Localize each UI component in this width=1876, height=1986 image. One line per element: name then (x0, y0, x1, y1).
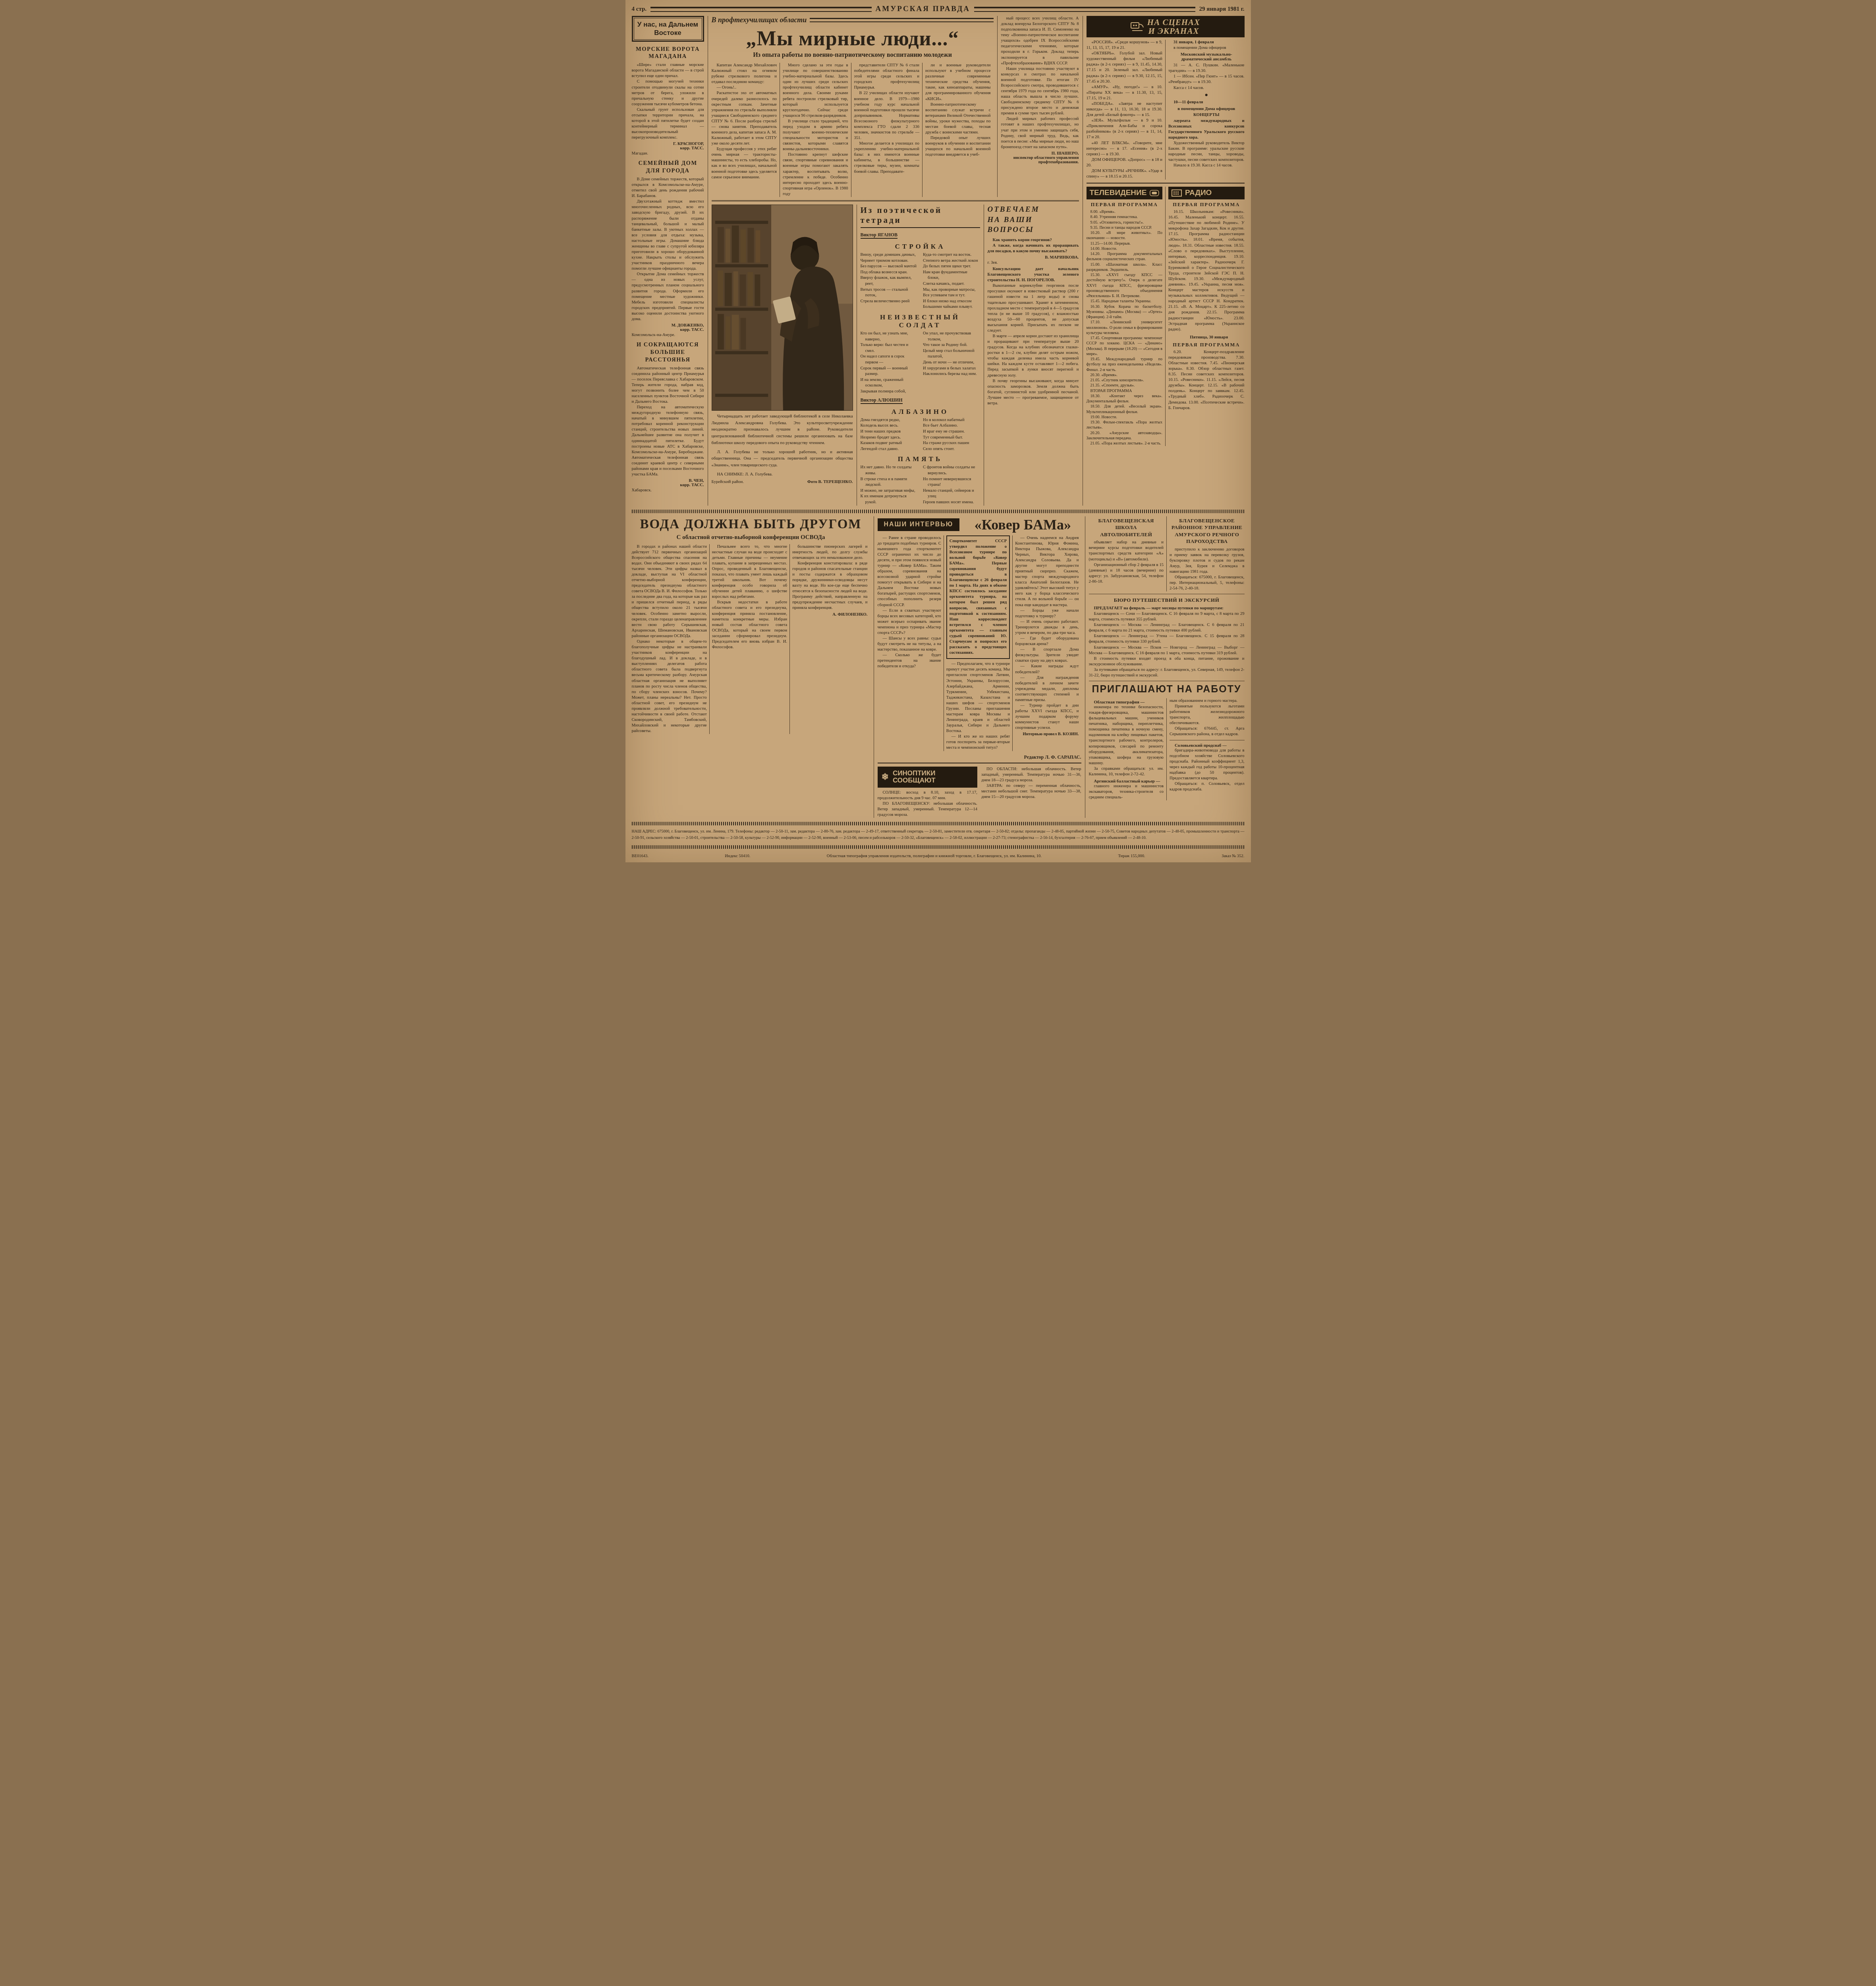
tv-item: 18.50. Для детей. «Веселый экран». Мульт… (1087, 404, 1163, 415)
article-title: СЕМЕЙНЫЙ ДОМ ДЛЯ ГОРОДА (632, 160, 704, 175)
poem-line: И можно, не затрагивая мифы, (861, 488, 918, 494)
poem-line: Без парусов — высокой мачтой (861, 264, 918, 270)
imprint-printer: Областная типография управления издатель… (827, 854, 1042, 858)
osvod-article: ВОДА ДОЛЖНА БЫТЬ ДРУГОМ С областной отче… (632, 516, 874, 818)
photo-credit: Фото В. ТЕРЕЩЕНКО. (807, 479, 853, 484)
tv-item: 11.25—14.00. Перерыв. (1087, 241, 1163, 246)
cinema-listings: «РОССИЯ». «Среди коршунов» — в 9, 11, 13… (1087, 40, 1166, 180)
photo-credit-row: Бурейский район. Фото В. ТЕРЕЩЕНКО. (712, 479, 853, 484)
osvod-col3-body: большинстве пионерских лагерей и инертно… (792, 544, 867, 611)
cinema-listing: «ЗЕЯ». Мультфильм — в 9 и 10. «Приключен… (1087, 118, 1163, 140)
masthead: АМУРСКАЯ ПРАВДА (876, 5, 971, 14)
tv-radio-band: ТЕЛЕВИДЕНИЕ ПЕРВАЯ ПРОГРАММА 8.00. «Врем… (1087, 183, 1245, 446)
footer-address: НАШ АДРЕС: 675000, г. Благовещенск, ул. … (632, 829, 1245, 841)
poetry-section: Из поэтической тетради Виктор ЯГАНОВ СТР… (857, 205, 984, 506)
radio-program-title: ПЕРВАЯ ПРОГРАММА (1168, 202, 1245, 208)
concert-dates: 10—11 февраля (1168, 100, 1245, 105)
article-paragraph: Раскатистое эхо от автоматных очередей д… (712, 91, 777, 147)
cinema-listing: ДОМ КУЛЬТУРЫ «РЕЧНИК». «Удар в спину» — … (1087, 168, 1163, 180)
byline: Г. КРАСНОГОР, (632, 142, 704, 146)
bottom-grid: ВОДА ДОЛЖНА БЫТЬ ДРУГОМ С областной отче… (632, 516, 1245, 818)
header-rule-left (650, 7, 871, 12)
jobs-vacancies: инженера по технике безопасности, токаря… (1089, 705, 1164, 766)
jobs-benefits: Принятые пользуются льготами работников … (1170, 704, 1245, 726)
poem-line: Под облака вознесся кран. (861, 270, 918, 276)
interview-header: НАШИ ИНТЕРВЬЮ «Ковер БАМа» (878, 516, 1081, 533)
cinema-listing: «РОССИЯ». «Среди коршунов» — в 9, 11, 13… (1087, 40, 1163, 51)
photo-feature: Четырнадцать лет работает заведующей биб… (712, 205, 853, 506)
tv-item: 8.00. «Время». (1087, 209, 1163, 214)
poem-line: Большими чайками плывут. (923, 304, 980, 310)
tv-item: 17.45. Спортивная программа: чемпионат С… (1087, 336, 1163, 357)
tv-items: 8.00. «Время».8.40. Утренняя гимнастика.… (1087, 209, 1163, 446)
tv-banner: ТЕЛЕВИДЕНИЕ (1087, 187, 1163, 199)
poem-col-left: Внизу, среди домишек дачных,Чернеет трюм… (861, 252, 918, 310)
main-article-col5-body: ный процесс всех училищ области. А докла… (1001, 16, 1079, 150)
poem-line: Но помнит невернувшихся страна! (923, 477, 980, 488)
ad-river-shipping: БЛАГОВЕЩЕНСКОЕ РАЙОННОЕ УПРАВЛЕНИЕ АМУРС… (1167, 516, 1245, 592)
poem-title: АЛБАЗИНО (861, 408, 980, 416)
ad-driving-school: БЛАГОВЕЩЕНСКАЯ ШКОЛА АВТОЛЮБИТЕЛЕЙ объяв… (1089, 516, 1167, 592)
concert-venue: в помещении Дома офицеров (1168, 106, 1245, 111)
ad-travel-bureau: БЮРО ПУТЕШЕСТВИЙ И ЭКСКУРСИЙ ПРЕДЛАГАЕТ … (1089, 597, 1245, 681)
main-article-col-4: ли и военные руководители используют в у… (922, 63, 994, 197)
jobs-section: ПРИГЛАШАЮТ НА РАБОТУ Областная типографи… (1089, 684, 1245, 800)
kicker-rule (810, 18, 993, 22)
jobs-employer: Аргинский балластный карьер — (1089, 779, 1164, 784)
main-article: В профтехучилищах области „Мы мирные люд… (712, 16, 1079, 201)
kicker-row: В профтехучилищах области (712, 16, 994, 24)
address-line-1: НАШ АДРЕС: 675000, г. Благовещенск, ул. … (632, 829, 1024, 834)
photo-on-snimke: НА СНИМКЕ: Л. А. Голубева. (712, 471, 853, 478)
article-body: Автоматическая телефонная связь соединил… (632, 366, 704, 478)
dateline: Магадан. (632, 151, 704, 156)
tv-item: 14.20. Программа документальных фильмов … (1087, 251, 1163, 262)
rail-article-magadan: МОРСКИЕ ВОРОТА МАГАДАНА «Шире» стали гла… (632, 46, 704, 156)
interview-headline: «Ковер БАМа» (964, 516, 1081, 533)
imprint-index: Индекс 50410. (725, 854, 750, 858)
osvod-paragraph: В городах и районах нашей области действ… (632, 544, 707, 639)
poem-title: ПАМЯТЬ (861, 455, 980, 463)
qa-question: А также, когда начинать их проращивать д… (988, 243, 1079, 254)
cinema-banner: НА СЦЕНАХ И ЭКРАНАХ (1087, 16, 1245, 37)
poem-title: СТРОЙКА (861, 243, 980, 251)
concert-word: КОНЦЕРТЫ (1168, 112, 1245, 117)
interview-paragraph: — Очень надеемся на Андрея Константинова… (1015, 535, 1079, 608)
tv-program-title: ПЕРВАЯ ПРОГРАММА (1087, 202, 1163, 208)
article-paragraph: Много сделано за эти годы в училище по с… (783, 63, 848, 119)
poem-columns: Внизу, среди домишек дачных,Чернеет трюм… (861, 252, 980, 310)
article-paragraph: Скальный грунт использован для отсыпки т… (632, 107, 704, 141)
cinema-listing: «ПОБЕДА». «Завтра не наступит никогда» —… (1087, 101, 1163, 118)
tv-item: 19.00. Новости. (1087, 415, 1163, 420)
travel-route: Благовещенск — Сочи — Благовещенск. С 16… (1089, 611, 1245, 622)
article-body: «Шире» стали главные морские ворота Мага… (632, 62, 704, 141)
dateline: Комсомольск-на-Амуре. (632, 333, 704, 337)
theatre-box-office: Касса с 14 часов. (1168, 85, 1245, 91)
poem-line: И враг ему не страшен. (923, 429, 980, 435)
ad-paragraph: В стоимость путевки входят проезд в оба … (1089, 656, 1245, 667)
jobs-vacancies: бригадира-животновода для работы в подсо… (1170, 748, 1245, 781)
tv-item: 21.35. «Споемте, друзья». (1087, 383, 1163, 388)
ad-title: БЮРО ПУТЕШЕСТВИЙ И ЭКСКУРСИЙ (1089, 597, 1245, 604)
imprint-zakaz: Заказ № 352. (1222, 854, 1244, 858)
interview-paragraph: — Борцы уже начали подготовку к турниру? (1015, 608, 1079, 619)
main-article-col-1: Капитан Александр Михайлович Калюжный ст… (712, 63, 780, 197)
osvod-headline: ВОДА ДОЛЖНА БЫТЬ ДРУГОМ (632, 517, 870, 532)
theatre-column: 31 января, 1 февраля в помещении Дома оф… (1166, 40, 1245, 180)
radio-speaker-icon (1172, 189, 1182, 197)
tv-item: 21.05. «Спутник кинозрителя». (1087, 378, 1163, 383)
rail-box-title: У нас, на Дальнем Востоке (632, 16, 704, 42)
theatre-show: 1 — Ибсен. «Пер Гюнт» — в 15 часов. «Рем… (1168, 74, 1245, 85)
center-zone: В профтехучилищах области „Мы мирные люд… (708, 16, 1083, 506)
ad-paragraph: Организационный сбор 2 февраля в 15 (дне… (1089, 562, 1164, 585)
article-paragraph: Двухэтажный коттедж вместил многочисленн… (632, 199, 704, 272)
article-body: В Доме семейных торжеств, который открыл… (632, 177, 704, 322)
ads-top-row: БЛАГОВЕЩЕНСКАЯ ШКОЛА АВТОЛЮБИТЕЛЕЙ объяв… (1089, 516, 1245, 595)
section-divider (632, 510, 1245, 513)
main-article-col-2: Много сделано за эти годы в училище по с… (780, 63, 851, 197)
interview-paragraph: — Сколько же будет претендентов на звани… (878, 653, 941, 669)
poem-line: И хирургами в белых халатах (923, 366, 980, 372)
qa-title: ОТВЕЧАЕМ НА ВАШИ ВОПРОСЫ (988, 205, 1079, 235)
ad-intro: ПРЕДЛАГАЕТ на февраль — март месяцы путе… (1089, 606, 1245, 611)
photo-dateline: Бурейский район. (712, 479, 744, 484)
article-title: МОРСКИЕ ВОРОТА МАГАДАНА (632, 46, 704, 61)
poem-line: Внизу, среди домишек дачных, (861, 252, 918, 258)
main-article-col-3: представители СПТУ № 6 стали победителям… (851, 63, 923, 197)
qa-consultant-intro: Консультацию дает начальник Благовещенск… (988, 267, 1079, 283)
tv-item: 18.30. «Контакт через века». Документаль… (1087, 394, 1163, 404)
article-paragraph: Людей мирных рабочих профессий готовят в… (1001, 116, 1079, 150)
qa-answer-paragraph: В марте — апреле корни достают из хранил… (988, 334, 1079, 379)
weather-right: ПО ОБЛАСТИ: небольшая облачность. Ветер … (981, 767, 1081, 818)
tv-item: 20.20. «Амурские автозаводцы». Заключите… (1087, 431, 1163, 441)
cinema-listing: «ОКТЯБРЬ». Голубой зал. Новый художестве… (1087, 51, 1163, 84)
ad-title: БЛАГОВЕЩЕНСКОЕ РАЙОННОЕ УПРАВЛЕНИЕ АМУРС… (1170, 517, 1245, 545)
interview-paragraph: — Ранее в стране проводилось до тридцати… (878, 535, 941, 608)
jobs-headline: ПРИГЛАШАЮТ НА РАБОТУ (1089, 684, 1245, 695)
poem-line: На страже русских пашен (923, 440, 980, 446)
osvod-byline: А. ФИЛОНЕНКО. (792, 612, 867, 617)
poem-line: Чернеет трюмом котлован. (861, 258, 918, 264)
photo-caption-more: Л. А. Голубева не только хороший работни… (712, 449, 853, 469)
poem-columns: Их нет давно. Но те солдаты живы.В строк… (861, 465, 980, 505)
page-header: 4 стр. АМУРСКАЯ ПРАВДА 29 января 1981 г. (632, 4, 1245, 16)
interview-paragraph: — Где будет оборудована борцовская арена… (1015, 636, 1079, 647)
interview-paragraph: — Какие награды ждут победителей? (1015, 664, 1079, 675)
poem-line: К их именам дотронуться рукой. (861, 494, 918, 505)
jobs-employer: Соловьевский продснаб — (1170, 743, 1245, 748)
interview-col-1: — Ранее в стране проводилось до тридцати… (878, 535, 944, 751)
interview-paragraph: — Турнир пройдет в дни работы XXVI съезд… (1015, 703, 1079, 731)
tv-item: 19.45. Международный турнир по футболу н… (1087, 357, 1163, 373)
travel-route: Благовещенск — Ленинград — Утена — Благо… (1089, 634, 1245, 645)
radio-banner: РАДИО (1168, 187, 1245, 199)
byline: М. ДОВЖЕНКО, (632, 323, 704, 328)
article-paragraph: В 22 училищах области изучают военное де… (854, 91, 920, 141)
poem-line: Только верю: был честен и смел. (861, 342, 918, 354)
photo-illustration (712, 205, 853, 410)
poem-line: Степного ветра жесткий локон (923, 258, 980, 264)
theatre-company: Московский музыкально-драматический анса… (1168, 52, 1245, 62)
ads-column: БЛАГОВЕЩЕНСКАЯ ШКОЛА АВТОЛЮБИТЕЛЕЙ объяв… (1085, 516, 1245, 818)
article-paragraph: Многое делается в училищах по укреплению… (854, 141, 920, 174)
tv-item: 15.00. «Шахматная школа». Класс разрядни… (1087, 262, 1163, 273)
theater-masks-icon (1131, 22, 1144, 31)
poem-line: Казаков подвиг ратный (861, 440, 918, 446)
ad-title: БЛАГОВЕЩЕНСКАЯ ШКОЛА АВТОЛЮБИТЕЛЕЙ (1089, 517, 1164, 538)
poem-line: Но в колокол набатный (923, 417, 980, 423)
radio-program-title-2: ПЕРВАЯ ПРОГРАММА (1168, 342, 1245, 348)
tv-item: 21.05. «Пора желтых листьев». 2-я часть. (1087, 441, 1163, 446)
osvod-paragraph: Однако некоторые в общем-то благополучны… (632, 639, 707, 734)
radio-listing: 16.15. Школьникам: «Ровесники». 16.45. М… (1168, 209, 1245, 332)
poem-line: Он надел сапоги в сорок первом — (861, 354, 918, 365)
poem-line: С фронтов войны солдаты не вернулись. (923, 465, 980, 476)
radio-listing: 6.20. Концерт-поздравление передовикам п… (1168, 350, 1245, 411)
poem-col-right: С фронтов войны солдаты не вернулись.Но … (923, 465, 980, 505)
poem-line: Село опять стоит. (923, 446, 980, 452)
theatre-venue: в помещении Дома офицеров (1168, 45, 1245, 51)
interview-col-3: — Очень надеемся на Андрея Константинова… (1012, 535, 1081, 751)
qa-answer-paragraph: Выкопанные корнеклубни георгинов после п… (988, 283, 1079, 334)
ad-paragraph: объявляет набор на дневные и вечерние ку… (1089, 540, 1164, 562)
tv-item: 14.00. Новости. (1087, 246, 1163, 251)
jobs-employer: Областная типография — (1089, 700, 1164, 705)
poem-line: Что такое за Родину бой. (923, 342, 980, 348)
poem-line: Наклонились березы над ним. (923, 371, 980, 377)
page-number: 4 стр. (632, 6, 647, 13)
osvod-paragraph: Печальнее всего то, что многие несчастны… (712, 544, 787, 600)
interview-paragraph: — И кто же из наших ребят готов поспорит… (946, 734, 1010, 751)
poem-columns: Кто он был, не узнать мне, наверно,Тольк… (861, 331, 980, 395)
poem-line: Незримо бродят здесь. (861, 435, 918, 441)
byline-org: инспектор областного управления профтехо… (1001, 156, 1079, 164)
interview-lede: Спорткомитет СССР утвердил положение о В… (946, 535, 1010, 659)
jobs-contact: Обращаться: п. Соловьевск, отдел кадров … (1170, 781, 1245, 792)
theatre-dates: 31 января, 1 февраля (1168, 40, 1245, 45)
rail-article-distances: И СОКРАЩАЮТСЯ БОЛЬШИЕ РАССТОЯНЬЯ Автомат… (632, 341, 704, 493)
travel-route: Благовещенск — Москва — Псков — Новгород… (1089, 645, 1245, 656)
article-paragraph: Капитан Александр Михайлович Калюжный ст… (712, 63, 777, 85)
tv-item: 9.05. «Отзовитесь, горнисты!». (1087, 220, 1163, 225)
tv-item: 10.20. «В мире животных». По окончании —… (1087, 230, 1163, 241)
osvod-col-1: В городах и районах нашей области действ… (632, 544, 709, 734)
poem-line: Мы, как проворные матросы, (923, 287, 980, 293)
travel-route: Благовещенск — Москва — Ленинград — Благ… (1089, 622, 1245, 634)
article-paragraph: В Доме семейных торжеств, который открыл… (632, 177, 704, 199)
tv-item: 19.30. Фильм-спектакль «Пора желтых лист… (1087, 420, 1163, 431)
middle-band: Четырнадцать лет работает заведующей биб… (712, 205, 1079, 506)
poem-col-left: Дома гнездятся редко,Колодезь высох весь… (861, 417, 918, 452)
article-paragraph: В училище стало традицией, что перед ухо… (783, 119, 848, 152)
rail-article-family-house: СЕМЕЙНЫЙ ДОМ ДЛЯ ГОРОДА В Доме семейных … (632, 160, 704, 337)
left-rail: У нас, на Дальнем Востоке МОРСКИЕ ВОРОТА… (632, 16, 708, 506)
poem-line: Слегка качаясь, подает. (923, 281, 980, 287)
tv-item: 8.40. Утренняя гимнастика. (1087, 214, 1163, 220)
tv-item: 9.35. Песни и танцы народов СССР. (1087, 225, 1163, 230)
interview-columns: — Ранее в стране проводилось до тридцати… (878, 535, 1081, 751)
article-paragraph: Открытие Дома семейных торжеств — одна и… (632, 272, 704, 322)
poem-line: Сорок первый — военный размер. (861, 366, 918, 377)
poem-line: Куда-то смотрит на восток. (923, 252, 980, 258)
main-headline: „Мы мирные люди...“ (712, 28, 994, 49)
cinema-banner-label: НА СЦЕНАХ И ЭКРАНАХ (1147, 18, 1200, 35)
cinema-listing: «АМУР». «Ну, погоди!» — в 10. «Пираты XX… (1087, 85, 1163, 101)
poem-line: До белых пятен щеки трет. (923, 264, 980, 270)
poem-line: И тени наших предков (861, 429, 918, 435)
jobs-divider (1170, 740, 1245, 741)
poem-line: Все бьет Албазино. (923, 423, 980, 429)
radio-column: РАДИО ПЕРВАЯ ПРОГРАММА 16.15. Школьникам… (1166, 187, 1245, 446)
poem-line: Стрела величественно реей (861, 299, 918, 305)
poem-line: Он упал, не прочувствовав толком, (923, 331, 980, 342)
ad-paragraph: За путевками обращаться по адресу: г. Бл… (1089, 667, 1245, 678)
weather-section: ❄ СИНОПТИКИ СООБЩАЮТ СОЛНЦЕ: восход в 8.… (878, 763, 1081, 818)
poem-title: НЕИЗВЕСТНЫЙ СОЛДАТ (861, 313, 980, 329)
qa-asker: В. МАРИНКОВА. (988, 255, 1079, 260)
main-subhead: Из опыта работы по военно-патриотическом… (712, 52, 994, 59)
jobs-vacancies: главного инженера и машинистов экскавато… (1089, 784, 1164, 800)
photo-captions: Четырнадцать лет работает заведующей биб… (712, 413, 853, 484)
article-paragraph: — Огонь!.. (712, 85, 777, 91)
imprint-code: ВЕ01643. (632, 854, 648, 858)
poem-line: Их нет давно. Но те солдаты живы. (861, 465, 918, 476)
jobs-contact: Обращаться: 676445, ст. Арга Серышевског… (1170, 726, 1245, 737)
article-paragraph: С помощью могучей техники строители отод… (632, 79, 704, 107)
right-rail: НА СЦЕНАХ И ЭКРАНАХ «РОССИЯ». «Среди кор… (1083, 16, 1245, 506)
poem-line: В строке стиха и в памяти людской. (861, 477, 918, 488)
article-paragraph: Переход на автоматическую междугородную … (632, 405, 704, 477)
osvod-subhead: С областной отчетно-выборной конференции… (632, 534, 870, 541)
poem-line: День от ночи — не отличим, (923, 360, 980, 366)
interview-col2-body: — Предполагаем, что в турнире примут уча… (946, 661, 1010, 751)
separator-dot: ● (1168, 93, 1245, 98)
weather-banner: ❄ СИНОПТИКИ СООБЩАЮТ (878, 767, 978, 788)
interview-col3-body: — Очень надеемся на Андрея Константинова… (1015, 535, 1079, 731)
dateline: Хабаровск. (632, 488, 704, 493)
article-paragraph: Военно-патриотическому воспитанию служат… (925, 102, 991, 135)
photo-golubeva (712, 205, 853, 411)
osvod-columns: В городах и районах нашей области действ… (632, 544, 870, 734)
interview-weather-column: НАШИ ИНТЕРВЬЮ «Ковер БАМа» — Ранее в стр… (874, 516, 1085, 818)
cinema-listing: ДОМ ОФИЦЕРОВ. «Допрос» — в 18 и 20. (1087, 157, 1163, 168)
osvod-paragraph: большинстве пионерских лагерей и инертно… (792, 544, 867, 561)
page-footer: НАШ АДРЕС: 675000, г. Благовещенск, ул. … (632, 822, 1245, 858)
jobs-columns: Областная типография — инженера по техни… (1089, 698, 1245, 800)
radio-day2: Пятница, 30 января (1168, 335, 1245, 340)
imprint-tirazh: Тираж 155,000. (1118, 854, 1145, 858)
article-paragraph: Постоянно крепнут шефские связи, спортив… (783, 152, 848, 197)
article-paragraph: Передовой опыт лучших военруков в обучен… (925, 135, 991, 158)
main-article-columns: Капитан Александр Михайлович Калюжный ст… (712, 63, 994, 197)
tv-item: 15.45. Народные таланты Украины. (1087, 299, 1163, 304)
poem-columns: Дома гнездятся редко,Колодезь высох весь… (861, 417, 980, 452)
poem-line: Дома гнездятся редко, (861, 417, 918, 423)
poem-col-left: Кто он был, не узнать мне, наверно,Тольк… (861, 331, 918, 395)
weather-sun: СОЛНЦЕ: восход в 8.10, заход в 17.17, пр… (878, 790, 978, 801)
radio-banner-label: РАДИО (1185, 189, 1212, 197)
osvod-paragraph: Конференция констатировала: в ряде город… (792, 561, 867, 611)
poetry-section-title: Из поэтической тетради (861, 205, 980, 228)
article-paragraph: Автоматическая телефонная связь соединил… (632, 366, 704, 405)
poet-name: Виктор АЛЮШИН (861, 397, 903, 404)
poet-name: Виктор ЯГАНОВ (861, 232, 898, 239)
ad-paragraph: Обращаться: 675000, г. Благовещенск, пер… (1170, 575, 1245, 591)
article-paragraph: представители СПТУ № 6 стали победителям… (854, 63, 920, 91)
poem-line: Вверху флажок, как вымпел, реет, (861, 275, 918, 287)
osvod-paragraph: Вскрыв недостатки в работе областного со… (712, 600, 787, 650)
poem-line: Немало станций, сейнеров и улиц (923, 488, 980, 500)
weather-region: ПО ОБЛАСТИ: небольшая облачность. Ветер … (981, 767, 1081, 783)
interview-paragraph: — Шансы у всех равны: судьи будут смотре… (878, 636, 941, 653)
theatre-show: 31 — А. С. Пушкин. «Маленькие трагедии» … (1168, 63, 1245, 74)
issue-date: 29 января 1981 г. (1199, 6, 1245, 13)
tv-item: ВТОРАЯ ПРОГРАММА (1087, 388, 1163, 394)
concert-desc: лауреата международных и Всесоюзных конк… (1168, 118, 1245, 141)
snowflake-icon: ❄ (882, 772, 889, 782)
article-paragraph: Наши училища постоянно участвуют в конку… (1001, 66, 1079, 117)
byline-org: корр. ТАСС. (632, 146, 704, 151)
poem-col-right: Куда-то смотрит на восток.Степного ветра… (923, 252, 980, 310)
poem-line: Целый мир стал больничной палатой, (923, 348, 980, 360)
cinema-columns: «РОССИЯ». «Среди коршунов» — в 9, 11, 13… (1087, 40, 1245, 180)
newspaper-page: 4 стр. АМУРСКАЯ ПРАВДА 29 января 1981 г.… (625, 0, 1251, 862)
article-paragraph: «Шире» стали главные морские ворота Мага… (632, 62, 704, 79)
poem-line: Тут современный быт. (923, 435, 980, 441)
interview-paragraph: — И очень серьезно работают. Тренируются… (1015, 619, 1079, 636)
article-paragraph: Будущая профессия у этих ребят очень мир… (712, 147, 777, 180)
top-grid: У нас, на Дальнем Востоке МОРСКИЕ ВОРОТА… (632, 16, 1245, 506)
tv-icon (1150, 189, 1159, 197)
poem-line: И на землю, сраженный осколком, (861, 377, 918, 389)
weather-left: ❄ СИНОПТИКИ СООБЩАЮТ СОЛНЦЕ: восход в 8.… (878, 767, 978, 818)
byline: В. ЧЕН, (632, 479, 704, 483)
footer-rule-top (632, 822, 1245, 825)
qa-answer-paragraph: В почву георгины высаживают, когда минуе… (988, 379, 1079, 406)
tv-banner-label: ТЕЛЕВИДЕНИЕ (1090, 189, 1147, 197)
qa-question: Как хранить корни георгинов? (988, 238, 1079, 243)
poem-line: Закрывая полмира собой, (861, 389, 918, 395)
jobs-col-1: Областная типография — инженера по техни… (1089, 698, 1167, 800)
article-paragraph: ный процесс всех училищ области. А докла… (1001, 16, 1079, 66)
interview-paragraph: — Для награждения победителей в личном з… (1015, 675, 1079, 703)
osvod-col-2: Печальнее всего то, что многие несчастны… (709, 544, 789, 734)
interview-paragraph: — В спортзале Дома физкультуры. Зрители … (1015, 647, 1079, 664)
poem-line: Героев павших носят имена. (923, 500, 980, 506)
poem-line: Витых тросов — стальной поток, (861, 287, 918, 299)
main-article-left: В профтехучилищах области „Мы мирные люд… (712, 16, 997, 197)
travel-routes: Благовещенск — Сочи — Благовещенск. С 16… (1089, 611, 1245, 656)
footer-imprint: ВЕ01643. Индекс 50410. Областная типогра… (632, 852, 1245, 858)
qa-answer: Выкопанные корнеклубни георгинов после п… (988, 283, 1079, 406)
interview-col-2: Спорткомитет СССР утвердил положение о В… (944, 535, 1012, 751)
poem-line: Нам кран фундаментные блоки, (923, 270, 980, 281)
article-title: И СОКРАЩАЮТСЯ БОЛЬШИЕ РАССТОЯНЬЯ (632, 341, 704, 364)
cinema-section: НА СЦЕНАХ И ЭКРАНАХ «РОССИЯ». «Среди кор… (1087, 16, 1245, 180)
interview-byline: Интервью провел В. КОЗИН. (1015, 732, 1079, 736)
photo-caption-lead: Четырнадцать лет работает заведующей биб… (712, 413, 853, 446)
concert-desc2: Художественный руководитель Виктор Бакин… (1168, 141, 1245, 163)
byline-org: корр. ТАСС. (632, 328, 704, 332)
tv-item: 16.30. Кубок Корача по баскетболу. Мужчи… (1087, 304, 1163, 320)
editor-line: Редактор Л. Ф. САРАПАС. (878, 754, 1081, 760)
byline: П. ШАШЕРО, (1001, 151, 1079, 156)
jobs-col-2: ным образованием и горного мастера. Прин… (1167, 698, 1245, 800)
tv-item: 15.30. «XXVI съезду КПСС — достойную вст… (1087, 272, 1163, 299)
